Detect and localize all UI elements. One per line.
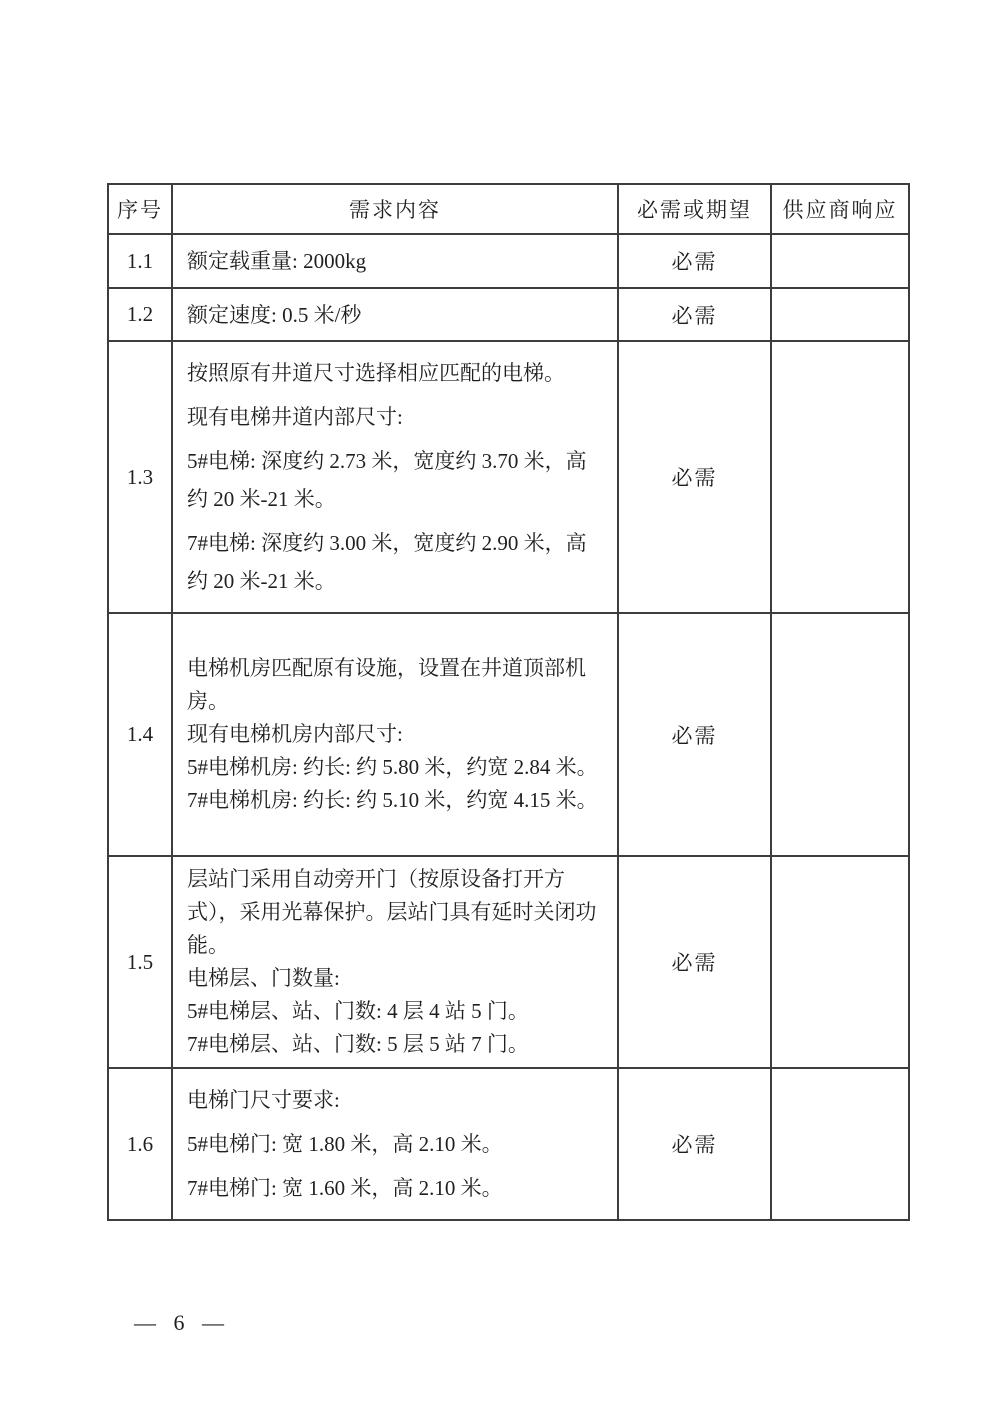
- supplier-response-cell: [771, 613, 909, 856]
- requirement-content-cell: 电梯机房匹配原有设施，设置在井道顶部机房。 现有电梯机房内部尺寸: 5#电梯机房…: [172, 613, 618, 856]
- content-paragraph: 5#电梯: 深度约 2.73 米，宽度约 3.70 米，高约 20 米-21 米…: [187, 442, 603, 518]
- content-paragraph: 5#电梯机房: 约长: 约 5.80 米，约宽 2.84 米。: [187, 751, 603, 784]
- requirement-content-cell: 按照原有井道尺寸选择相应匹配的电梯。 现有电梯井道内部尺寸: 5#电梯: 深度约…: [172, 341, 618, 613]
- table-row-1-1: 1.1 额定载重量: 2000kg 必需: [108, 234, 909, 288]
- requirements-table: 序号 需求内容 必需或期望 供应商响应 1.1 额定载重量: 2000kg 必需…: [107, 183, 910, 1221]
- row-id-cell: 1.3: [108, 341, 172, 613]
- content-paragraph: 层站门采用自动旁开门（按原设备打开方式），采用光幕保护。层站门具有延时关闭功能。: [187, 863, 603, 962]
- content-paragraph: 现有电梯机房内部尺寸:: [187, 718, 603, 751]
- content-paragraph: 7#电梯机房: 约长: 约 5.10 米，约宽 4.15 米。: [187, 784, 603, 817]
- header-requirement-content: 需求内容: [172, 184, 618, 234]
- table-row-1-6: 1.6 电梯门尺寸要求: 5#电梯门: 宽 1.80 米，高 2.10 米。 7…: [108, 1068, 909, 1220]
- requirement-content-cell: 层站门采用自动旁开门（按原设备打开方式），采用光幕保护。层站门具有延时关闭功能。…: [172, 856, 618, 1068]
- content-paragraph: 电梯机房匹配原有设施，设置在井道顶部机房。: [187, 652, 603, 718]
- content-paragraph: 7#电梯: 深度约 3.00 米，宽度约 2.90 米，高约 20 米-21 米…: [187, 524, 603, 600]
- content-paragraph: 额定速度: 0.5 米/秒: [187, 302, 603, 328]
- content-paragraph: 7#电梯层、站、门数: 5 层 5 站 7 门。: [187, 1028, 603, 1061]
- supplier-response-cell: [771, 234, 909, 288]
- necessity-cell: 必需: [618, 288, 771, 341]
- requirement-content-cell: 电梯门尺寸要求: 5#电梯门: 宽 1.80 米，高 2.10 米。 7#电梯门…: [172, 1068, 618, 1220]
- supplier-response-cell: [771, 288, 909, 341]
- row-id-cell: 1.2: [108, 288, 172, 341]
- content-paragraph: 电梯层、门数量:: [187, 962, 603, 995]
- supplier-response-cell: [771, 341, 909, 613]
- table-header-row: 序号 需求内容 必需或期望 供应商响应: [108, 184, 909, 234]
- table-row-1-5: 1.5 层站门采用自动旁开门（按原设备打开方式），采用光幕保护。层站门具有延时关…: [108, 856, 909, 1068]
- necessity-cell: 必需: [618, 234, 771, 288]
- document-page: 序号 需求内容 必需或期望 供应商响应 1.1 额定载重量: 2000kg 必需…: [0, 0, 1000, 1414]
- row-id-cell: 1.5: [108, 856, 172, 1068]
- content-paragraph: 按照原有井道尺寸选择相应匹配的电梯。: [187, 354, 603, 392]
- table-row-1-3: 1.3 按照原有井道尺寸选择相应匹配的电梯。 现有电梯井道内部尺寸: 5#电梯:…: [108, 341, 909, 613]
- requirement-content-cell: 额定载重量: 2000kg: [172, 234, 618, 288]
- necessity-cell: 必需: [618, 341, 771, 613]
- requirement-content-cell: 额定速度: 0.5 米/秒: [172, 288, 618, 341]
- necessity-cell: 必需: [618, 613, 771, 856]
- content-paragraph: 额定载重量: 2000kg: [187, 248, 603, 274]
- header-supplier-response: 供应商响应: [771, 184, 909, 234]
- content-paragraph: 电梯门尺寸要求:: [187, 1081, 603, 1119]
- supplier-response-cell: [771, 1068, 909, 1220]
- row-id-cell: 1.1: [108, 234, 172, 288]
- row-id-cell: 1.6: [108, 1068, 172, 1220]
- necessity-cell: 必需: [618, 856, 771, 1068]
- table-row-1-2: 1.2 额定速度: 0.5 米/秒 必需: [108, 288, 909, 341]
- row-id-cell: 1.4: [108, 613, 172, 856]
- header-seq: 序号: [108, 184, 172, 234]
- header-necessity: 必需或期望: [618, 184, 771, 234]
- table-row-1-4: 1.4 电梯机房匹配原有设施，设置在井道顶部机房。 现有电梯机房内部尺寸: 5#…: [108, 613, 909, 856]
- page-number: — 6 —: [134, 1310, 224, 1336]
- content-paragraph: 5#电梯层、站、门数: 4 层 4 站 5 门。: [187, 995, 603, 1028]
- supplier-response-cell: [771, 856, 909, 1068]
- necessity-cell: 必需: [618, 1068, 771, 1220]
- content-paragraph: 7#电梯门: 宽 1.60 米，高 2.10 米。: [187, 1169, 603, 1207]
- content-paragraph: 5#电梯门: 宽 1.80 米，高 2.10 米。: [187, 1125, 603, 1163]
- content-paragraph: 现有电梯井道内部尺寸:: [187, 398, 603, 436]
